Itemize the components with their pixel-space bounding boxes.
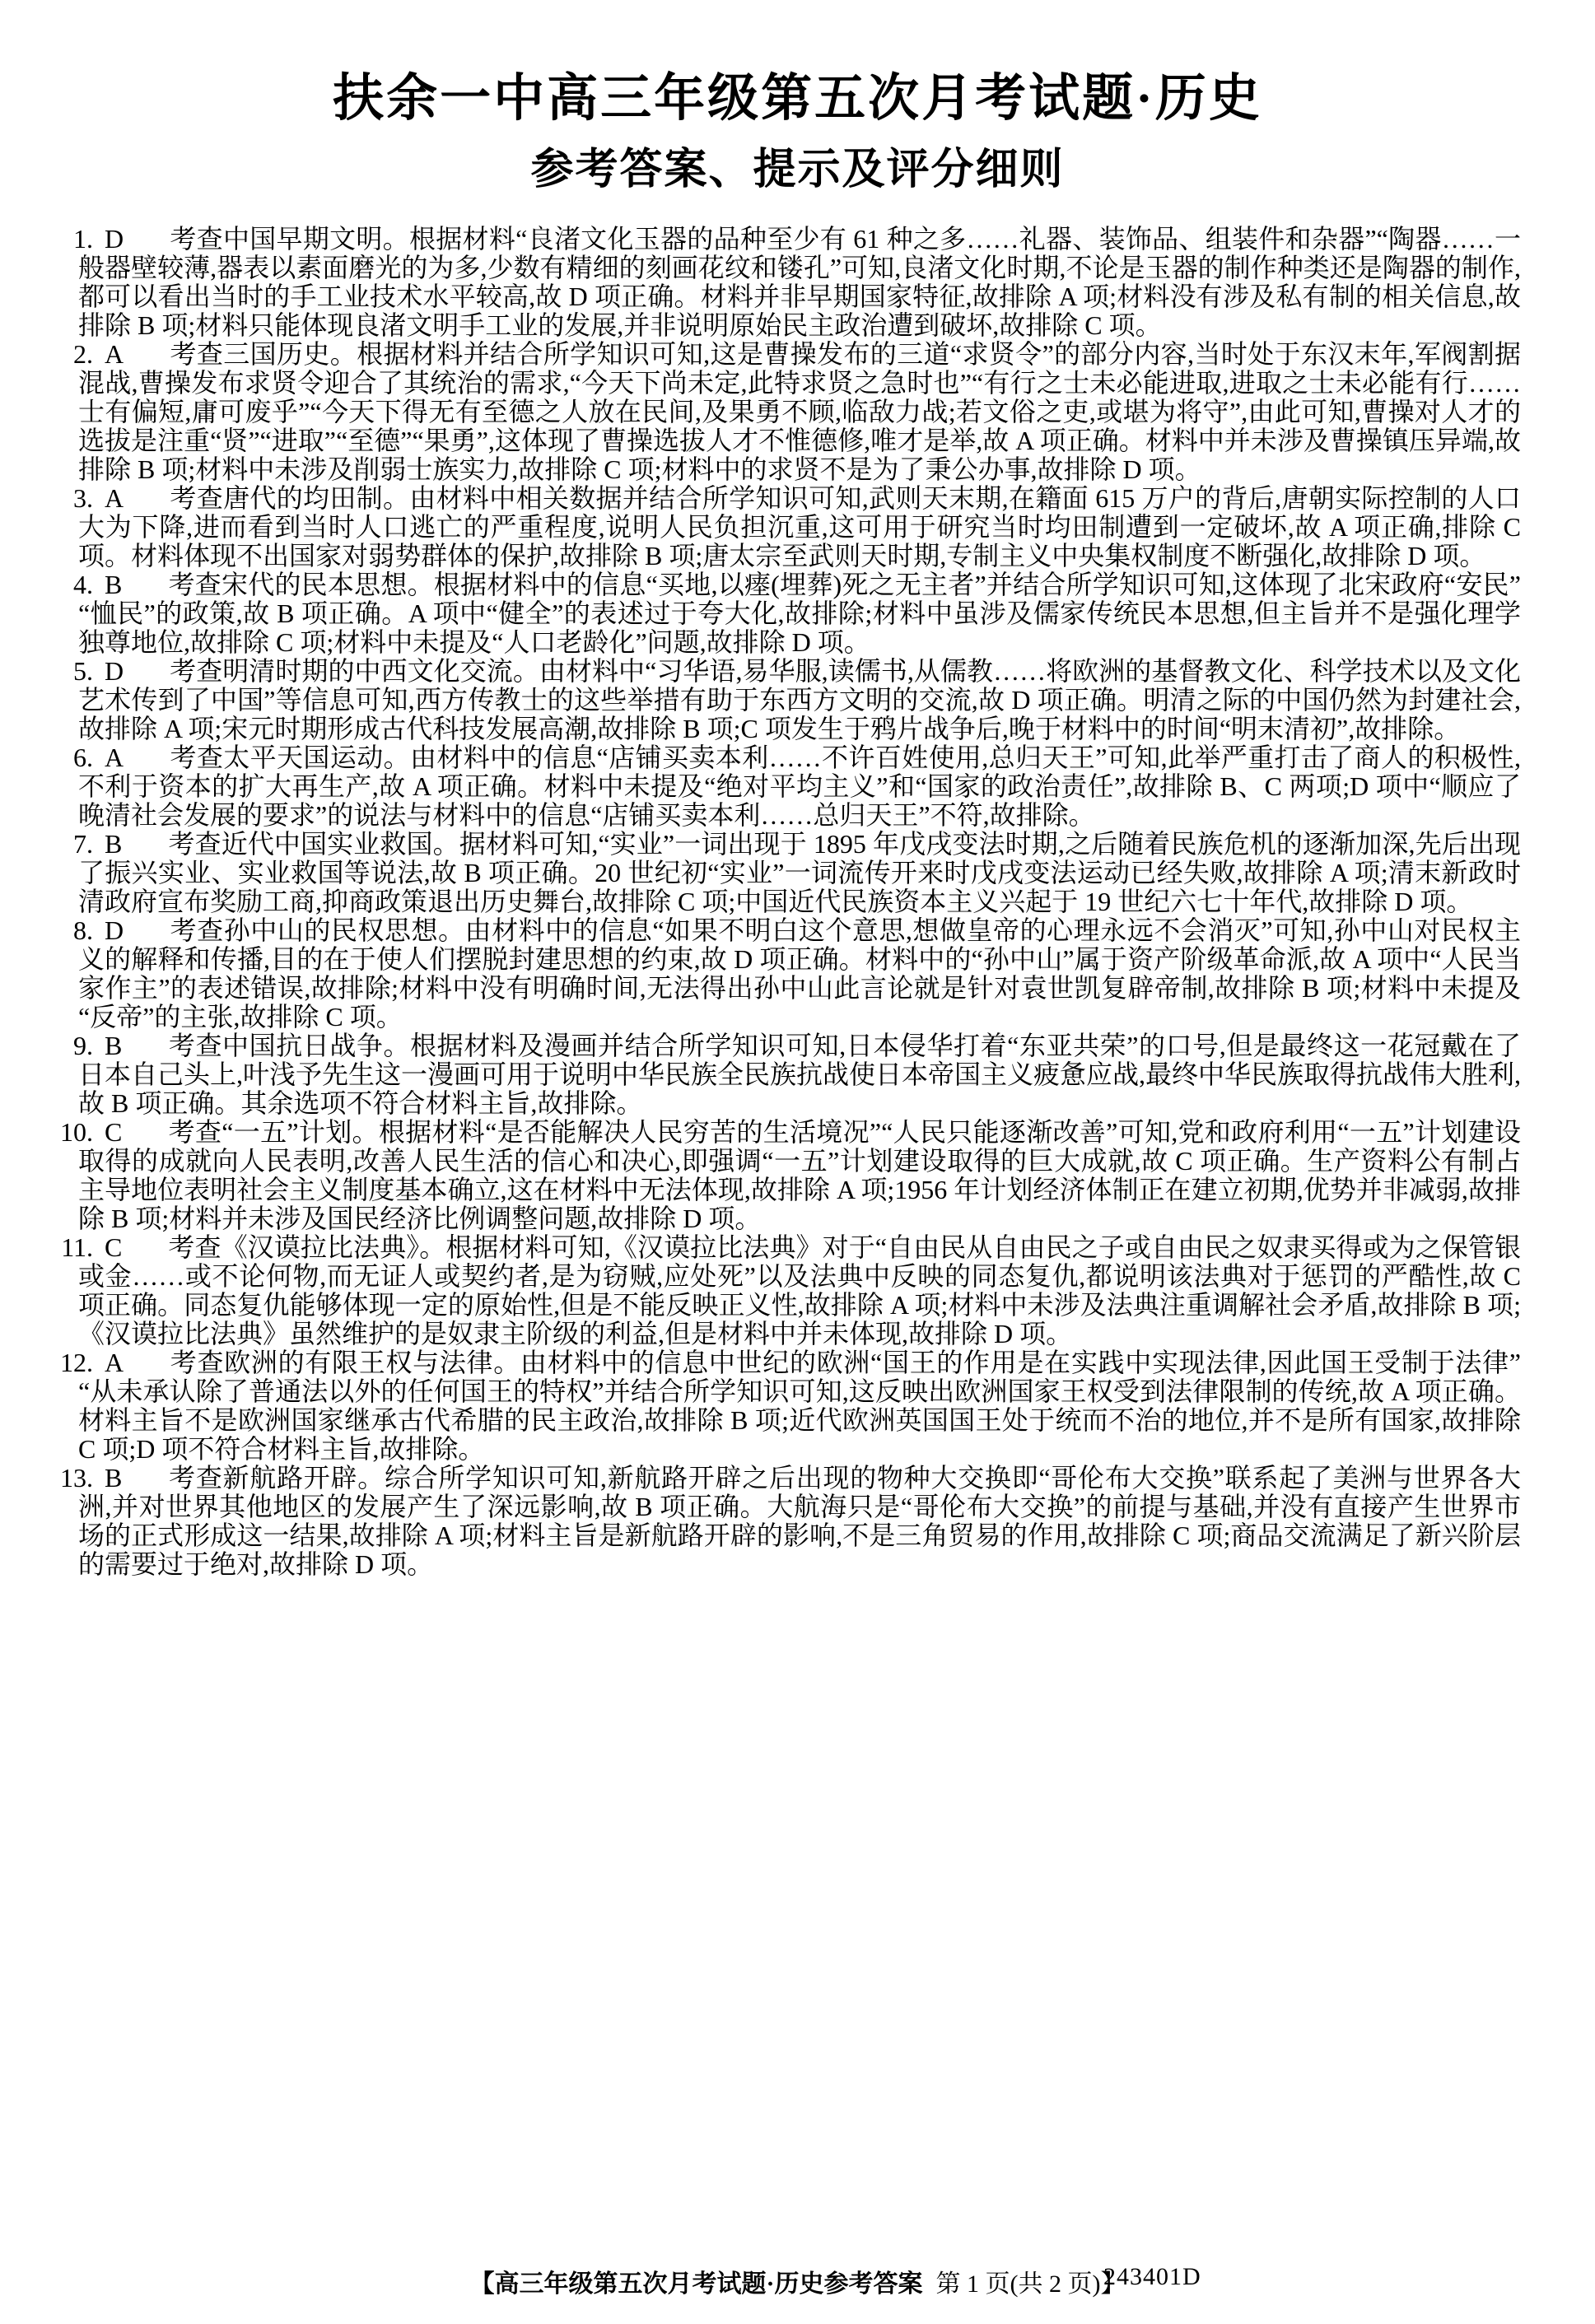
answer-item: 5.D考查明清时期的中西文化交流。由材料中“习华语,易华服,读儒书,从儒教……将… xyxy=(47,657,1521,743)
answer-number: 6. xyxy=(47,743,93,772)
page-subtitle: 参考答案、提示及评分细则 xyxy=(0,147,1595,193)
answer-number: 8. xyxy=(47,916,93,945)
answer-number: 3. xyxy=(47,484,93,513)
answer-number: 4. xyxy=(47,571,93,599)
answer-number: 10. xyxy=(47,1118,93,1147)
answer-number: 9. xyxy=(47,1032,93,1060)
answer-explanation: 考查中国抗日战争。根据材料及漫画并结合所学知识可知,日本侵华打着“东亚共荣”的口… xyxy=(78,1031,1521,1118)
answer-explanation: 考查新航路开辟。综合所学知识可知,新航路开辟之后出现的物种大交换即“哥伦布大交换… xyxy=(78,1463,1521,1579)
answer-item: 2.A考查三国历史。根据材料并结合所学知识可知,这是曹操发布的三道“求贤令”的部… xyxy=(47,340,1521,484)
answer-number: 7. xyxy=(47,830,93,859)
answer-explanation: 考查唐代的均田制。由材料中相关数据并结合所学知识可知,武则天末期,在籍面 615… xyxy=(78,483,1521,571)
answer-number: 5. xyxy=(47,657,93,686)
answer-letter: A xyxy=(105,1348,124,1377)
answer-explanation: 考查“一五”计划。根据材料“是否能解决人民穷苦的生活境况”“人民只能逐渐改善”可… xyxy=(78,1117,1521,1233)
page-number-info: 第 1 页(共 2 页)】 xyxy=(936,2270,1126,2298)
answer-explanation: 考查太平天国运动。由材料中的信息“店铺买卖本利……不许百姓使用,总归天王”可知,… xyxy=(78,743,1521,830)
answer-explanation: 考查宋代的民本思想。根据材料中的信息“买地,以瘗(埋葬)死之无主者”并结合所学知… xyxy=(78,570,1521,657)
answer-number: 12. xyxy=(47,1348,93,1377)
page-header: 扶余一中高三年级第五次月考试题·历史 参考答案、提示及评分细则 xyxy=(0,0,1595,193)
answer-number: 2. xyxy=(47,340,93,369)
answer-item: 11.C考查《汉谟拉比法典》。根据材料可知,《汉谟拉比法典》对于“自由民从自由民… xyxy=(47,1233,1521,1348)
page-title: 扶余一中高三年级第五次月考试题·历史 xyxy=(0,71,1595,127)
answer-letter: D xyxy=(105,656,124,686)
answer-item: 12.A考查欧洲的有限王权与法律。由材料中的信息中世纪的欧洲“国王的作用是在实践… xyxy=(47,1348,1521,1464)
answer-letter: A xyxy=(105,483,124,513)
paper-code: 243401D xyxy=(1103,2263,1201,2291)
answer-item: 6.A考查太平天国运动。由材料中的信息“店铺买卖本利……不许百姓使用,总归天王”… xyxy=(47,743,1521,830)
answer-item: 4.B考查宋代的民本思想。根据材料中的信息“买地,以瘗(埋葬)死之无主者”并结合… xyxy=(47,571,1521,657)
answers-list: 1.D考查中国早期文明。根据材料“良渚文化玉器的品种至少有 61 种之多……礼器… xyxy=(0,193,1595,1579)
answer-letter: C xyxy=(105,1117,122,1147)
answer-explanation: 考查明清时期的中西文化交流。由材料中“习华语,易华服,读儒书,从儒教……将欧洲的… xyxy=(78,656,1521,743)
answer-item: 7.B考查近代中国实业救国。据材料可知,“实业”一词出现于 1895 年戊戌变法… xyxy=(47,830,1521,916)
answer-sheet-page: 扶余一中高三年级第五次月考试题·历史 参考答案、提示及评分细则 1.D考查中国早… xyxy=(0,0,1595,2324)
answer-letter: D xyxy=(105,224,124,254)
answer-explanation: 考查中国早期文明。根据材料“良渚文化玉器的品种至少有 61 种之多……礼器、装饰… xyxy=(78,224,1521,340)
answer-letter: A xyxy=(105,339,124,369)
answer-letter: B xyxy=(105,1031,122,1060)
answer-item: 1.D考查中国早期文明。根据材料“良渚文化玉器的品种至少有 61 种之多……礼器… xyxy=(47,225,1521,340)
answer-letter: B xyxy=(105,829,122,859)
answer-explanation: 考查近代中国实业救国。据材料可知,“实业”一词出现于 1895 年戊戌变法时期,… xyxy=(78,829,1521,916)
answer-item: 3.A考查唐代的均田制。由材料中相关数据并结合所学知识可知,武则天末期,在籍面 … xyxy=(47,484,1521,571)
answer-letter: B xyxy=(105,570,122,599)
answer-number: 1. xyxy=(47,225,93,254)
answer-letter: B xyxy=(105,1463,122,1493)
answer-item: 9.B考查中国抗日战争。根据材料及漫画并结合所学知识可知,日本侵华打着“东亚共荣… xyxy=(47,1032,1521,1118)
answer-explanation: 考查三国历史。根据材料并结合所学知识可知,这是曹操发布的三道“求贤令”的部分内容… xyxy=(78,339,1521,484)
answer-explanation: 考查《汉谟拉比法典》。根据材料可知,《汉谟拉比法典》对于“自由民从自由民之子或自… xyxy=(78,1232,1521,1348)
answer-explanation: 考查欧洲的有限王权与法律。由材料中的信息中世纪的欧洲“国王的作用是在实践中实现法… xyxy=(78,1348,1521,1464)
answer-item: 13.B考查新航路开辟。综合所学知识可知,新航路开辟之后出现的物种大交换即“哥伦… xyxy=(47,1464,1521,1579)
answer-letter: C xyxy=(105,1232,122,1262)
answer-letter: A xyxy=(105,743,124,772)
answer-explanation: 考查孙中山的民权思想。由材料中的信息“如果不明白这个意思,想做皇帝的心理永远不会… xyxy=(78,915,1521,1032)
answer-number: 11. xyxy=(47,1233,93,1262)
answer-number: 13. xyxy=(47,1464,93,1493)
answer-item: 8.D考查孙中山的民权思想。由材料中的信息“如果不明白这个意思,想做皇帝的心理永… xyxy=(47,916,1521,1032)
footer-exam-title: 【高三年级第五次月考试题·历史参考答案 xyxy=(470,2270,923,2298)
page-footer: 【高三年级第五次月考试题·历史参考答案第 1 页(共 2 页)】 243401D xyxy=(0,2263,1595,2299)
answer-item: 10.C考查“一五”计划。根据材料“是否能解决人民穷苦的生活境况”“人民只能逐渐… xyxy=(47,1118,1521,1233)
answer-letter: D xyxy=(105,915,124,945)
